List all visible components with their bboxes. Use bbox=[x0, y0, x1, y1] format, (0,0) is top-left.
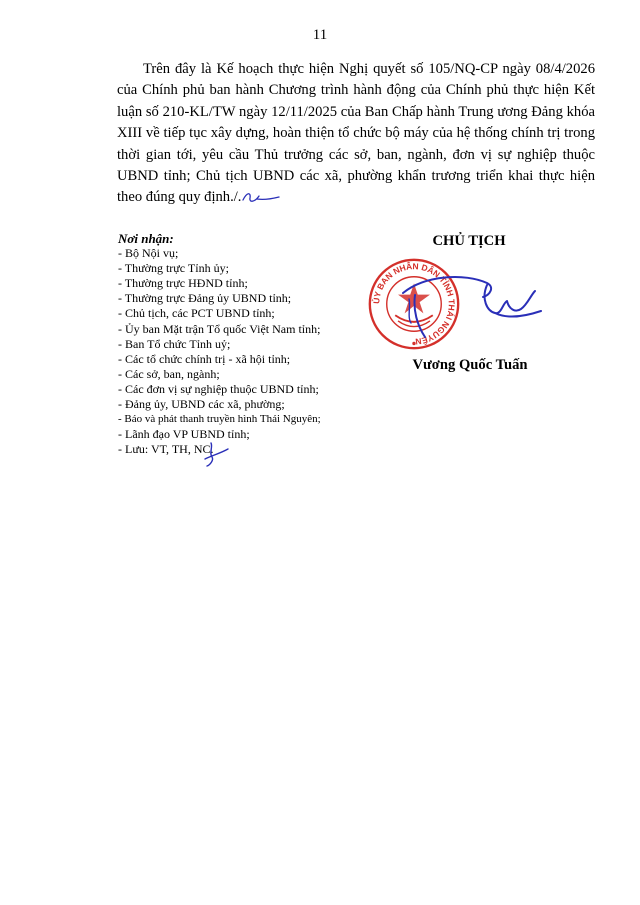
closing-paragraph: Trên đây là Kế hoạch thực hiện Nghị quyế… bbox=[117, 59, 595, 209]
recipient-item: - Chủ tịch, các PCT UBND tỉnh; bbox=[118, 306, 358, 321]
signer-title: CHỦ TỊCH bbox=[404, 233, 534, 250]
signer-name: Vương Quốc Tuấn bbox=[400, 357, 540, 374]
recipient-item: - Ban Tổ chức Tỉnh uỷ; bbox=[118, 337, 358, 352]
recipient-item: - Các tổ chức chính trị - xã hội tỉnh; bbox=[118, 352, 358, 367]
recipient-item: - Thường trực Tỉnh ủy; bbox=[118, 261, 358, 276]
recipient-item: - Lãnh đạo VP UBND tỉnh; bbox=[118, 427, 358, 442]
initial-mark-icon bbox=[241, 190, 281, 204]
recipient-item: - Thường trực Đảng ủy UBND tỉnh; bbox=[118, 291, 358, 306]
signature-icon bbox=[395, 265, 545, 355]
page-number: 11 bbox=[0, 27, 640, 44]
recipient-item: - Đảng ủy, UBND các xã, phường; bbox=[118, 397, 358, 412]
recipients-heading: Nơi nhận: bbox=[118, 231, 358, 246]
archive-initial-icon bbox=[201, 439, 231, 469]
recipient-item: - Bộ Nội vụ; bbox=[118, 246, 358, 261]
recipient-item: - Các sở, ban, ngành; bbox=[118, 367, 358, 382]
recipients-list: - Bộ Nội vụ; - Thường trực Tỉnh ủy; - Th… bbox=[118, 246, 358, 457]
closing-paragraph-text: Trên đây là Kế hoạch thực hiện Nghị quyế… bbox=[117, 61, 595, 205]
recipient-item: - Ủy ban Mặt trận Tổ quốc Việt Nam tỉnh; bbox=[118, 322, 358, 337]
recipient-item: - Thường trực HĐND tỉnh; bbox=[118, 276, 358, 291]
recipient-item: - Các đơn vị sự nghiệp thuộc UBND tỉnh; bbox=[118, 382, 358, 397]
recipients-block: Nơi nhận: - Bộ Nội vụ; - Thường trực Tỉn… bbox=[118, 231, 358, 457]
recipient-item: - Lưu: VT, TH, NC. bbox=[118, 442, 358, 457]
recipient-item: - Báo và phát thanh truyền hình Thái Ngu… bbox=[118, 412, 358, 427]
